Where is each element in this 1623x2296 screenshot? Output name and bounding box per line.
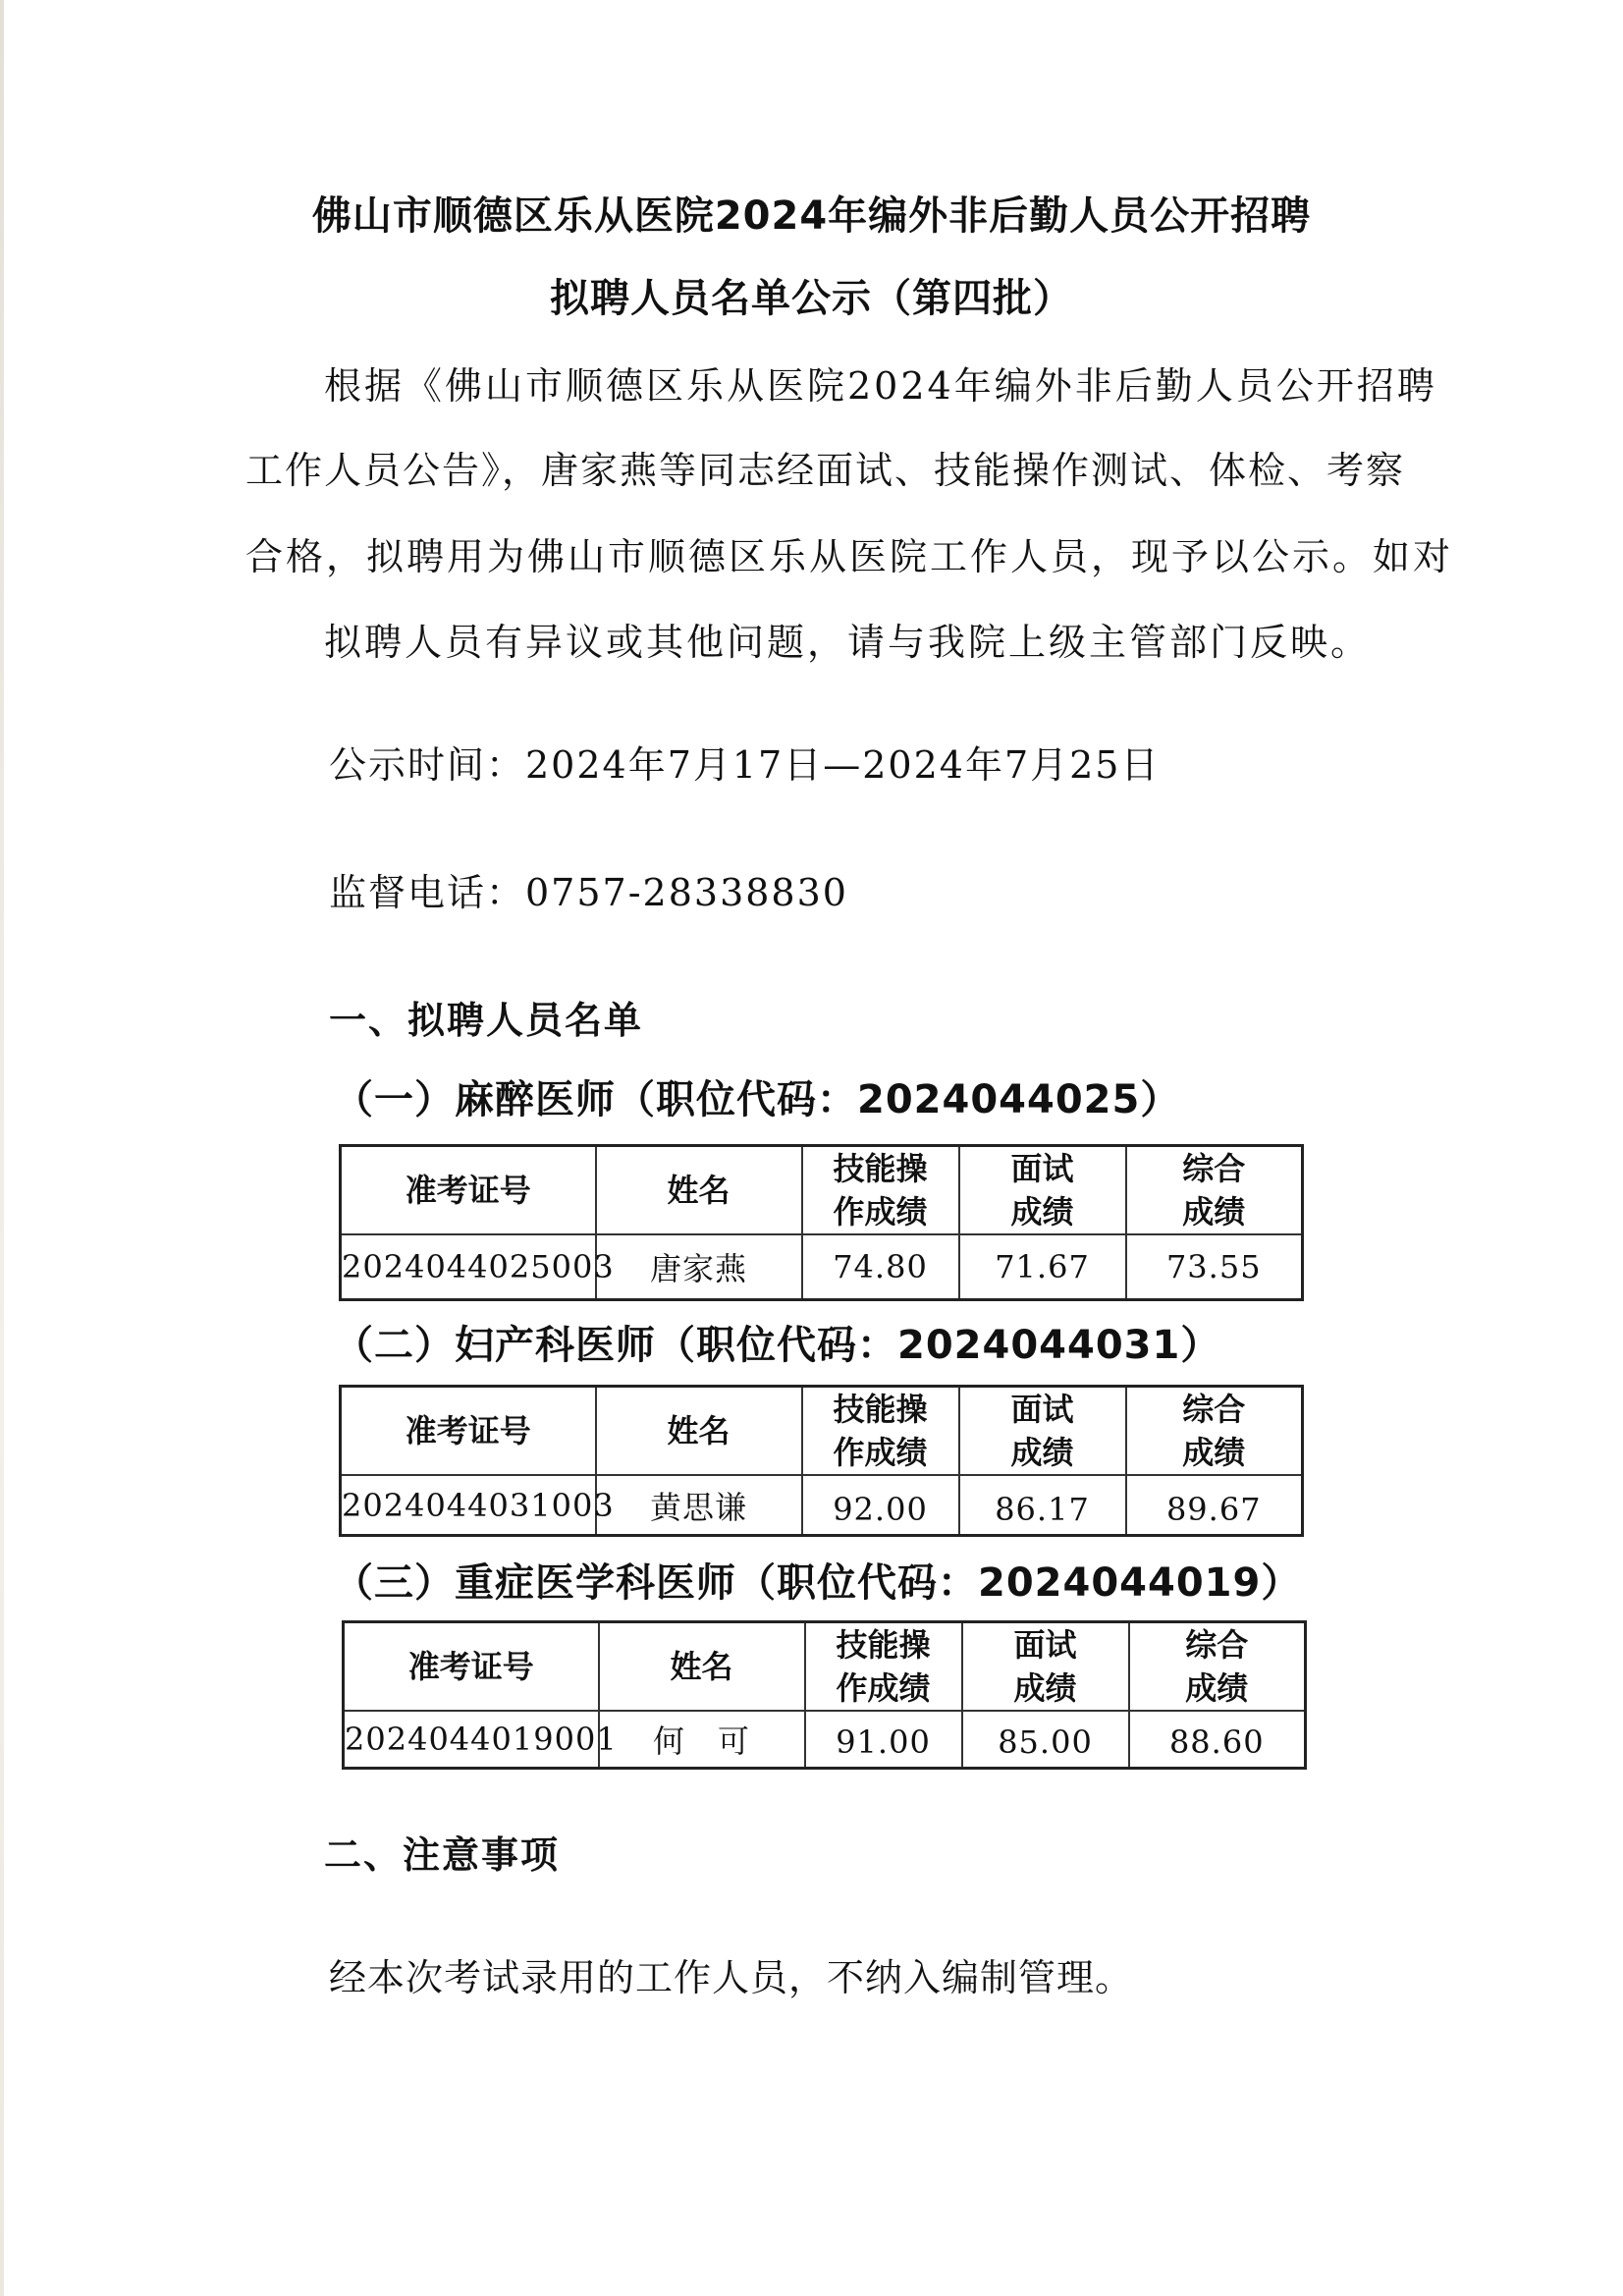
cell-exam-no: 2024044031003 — [341, 1475, 596, 1536]
document-title-line1: 佛山市顺德区乐从医院2024年编外非后勤人员公开招聘 — [0, 185, 1623, 241]
cell-skill: 74.80 — [802, 1234, 959, 1300]
intro-line-2: 工作人员公告》，唐家燕等同志经面试、技能操作测试、体检、考察 — [245, 440, 1405, 494]
section2-heading: 二、注意事项 — [324, 1825, 560, 1879]
score-table-3: 准考证号 姓名 技能操作成绩 面试成绩 综合成绩 2024044019001 何… — [342, 1620, 1307, 1770]
header-total: 综合成绩 — [1129, 1622, 1306, 1712]
cell-name: 何 可 — [599, 1711, 805, 1769]
publicity-period: 公示时间：2024年7月17日—2024年7月25日 — [329, 735, 1160, 789]
score-table-1: 准考证号 姓名 技能操作成绩 面试成绩 综合成绩 2024044025003 唐… — [339, 1144, 1304, 1301]
cell-exam-no: 2024044019001 — [344, 1711, 599, 1769]
intro-line-4: 拟聘人员有异议或其他问题，请与我院上级主管部门反映。 — [324, 612, 1371, 666]
staffing-note: 经本次考试录用的工作人员，不纳入编制管理。 — [329, 1947, 1133, 2001]
supervision-phone: 监督电话：0757-28338830 — [329, 862, 848, 916]
header-skill: 技能操作成绩 — [802, 1387, 959, 1476]
table-header-row: 准考证号 姓名 技能操作成绩 面试成绩 综合成绩 — [341, 1146, 1303, 1235]
header-name: 姓名 — [596, 1146, 802, 1235]
cell-skill: 92.00 — [802, 1475, 959, 1536]
header-name: 姓名 — [599, 1622, 805, 1712]
cell-total: 88.60 — [1129, 1711, 1306, 1769]
cell-interview: 85.00 — [962, 1711, 1129, 1769]
header-interview: 面试成绩 — [959, 1146, 1126, 1235]
cell-skill: 91.00 — [805, 1711, 962, 1769]
header-skill: 技能操作成绩 — [805, 1622, 962, 1712]
score-table-2: 准考证号 姓名 技能操作成绩 面试成绩 综合成绩 2024044031003 黄… — [339, 1385, 1304, 1537]
cell-interview: 86.17 — [959, 1475, 1126, 1536]
cell-name: 黄思谦 — [596, 1475, 802, 1536]
header-name: 姓名 — [596, 1387, 802, 1476]
cell-exam-no: 2024044025003 — [341, 1234, 596, 1300]
cell-interview: 71.67 — [959, 1234, 1126, 1300]
cell-total: 89.67 — [1126, 1475, 1303, 1536]
position-heading-3: （三）重症医学科医师（职位代码：2024044019） — [334, 1552, 1301, 1608]
table-header-row: 准考证号 姓名 技能操作成绩 面试成绩 综合成绩 — [344, 1622, 1306, 1712]
cell-total: 73.55 — [1126, 1234, 1303, 1300]
table-row: 2024044019001 何 可 91.00 85.00 88.60 — [344, 1711, 1306, 1769]
position-heading-1: （一）麻醉医师（职位代码：2024044025） — [334, 1068, 1180, 1124]
intro-line-3: 合格，拟聘用为佛山市顺德区乐从医院工作人员，现予以公示。如对 — [245, 526, 1453, 580]
table-row: 2024044031003 黄思谦 92.00 86.17 89.67 — [341, 1475, 1303, 1536]
header-total: 综合成绩 — [1126, 1146, 1303, 1235]
intro-line-1: 根据《佛山市顺德区乐从医院2024年编外非后勤人员公开招聘 — [324, 355, 1437, 410]
header-exam-no: 准考证号 — [341, 1146, 596, 1235]
header-interview: 面试成绩 — [959, 1387, 1126, 1476]
header-skill: 技能操作成绩 — [802, 1146, 959, 1235]
position-heading-2: （二）妇产科医师（职位代码：2024044031） — [334, 1314, 1220, 1370]
header-interview: 面试成绩 — [962, 1622, 1129, 1712]
table-header-row: 准考证号 姓名 技能操作成绩 面试成绩 综合成绩 — [341, 1387, 1303, 1476]
cell-name: 唐家燕 — [596, 1234, 802, 1300]
section1-heading: 一、拟聘人员名单 — [329, 990, 643, 1044]
table-row: 2024044025003 唐家燕 74.80 71.67 73.55 — [341, 1234, 1303, 1300]
scan-edge — [0, 0, 4, 2296]
document-title-line2: 拟聘人员名单公示（第四批） — [0, 267, 1623, 323]
header-exam-no: 准考证号 — [344, 1622, 599, 1712]
header-exam-no: 准考证号 — [341, 1387, 596, 1476]
header-total: 综合成绩 — [1126, 1387, 1303, 1476]
